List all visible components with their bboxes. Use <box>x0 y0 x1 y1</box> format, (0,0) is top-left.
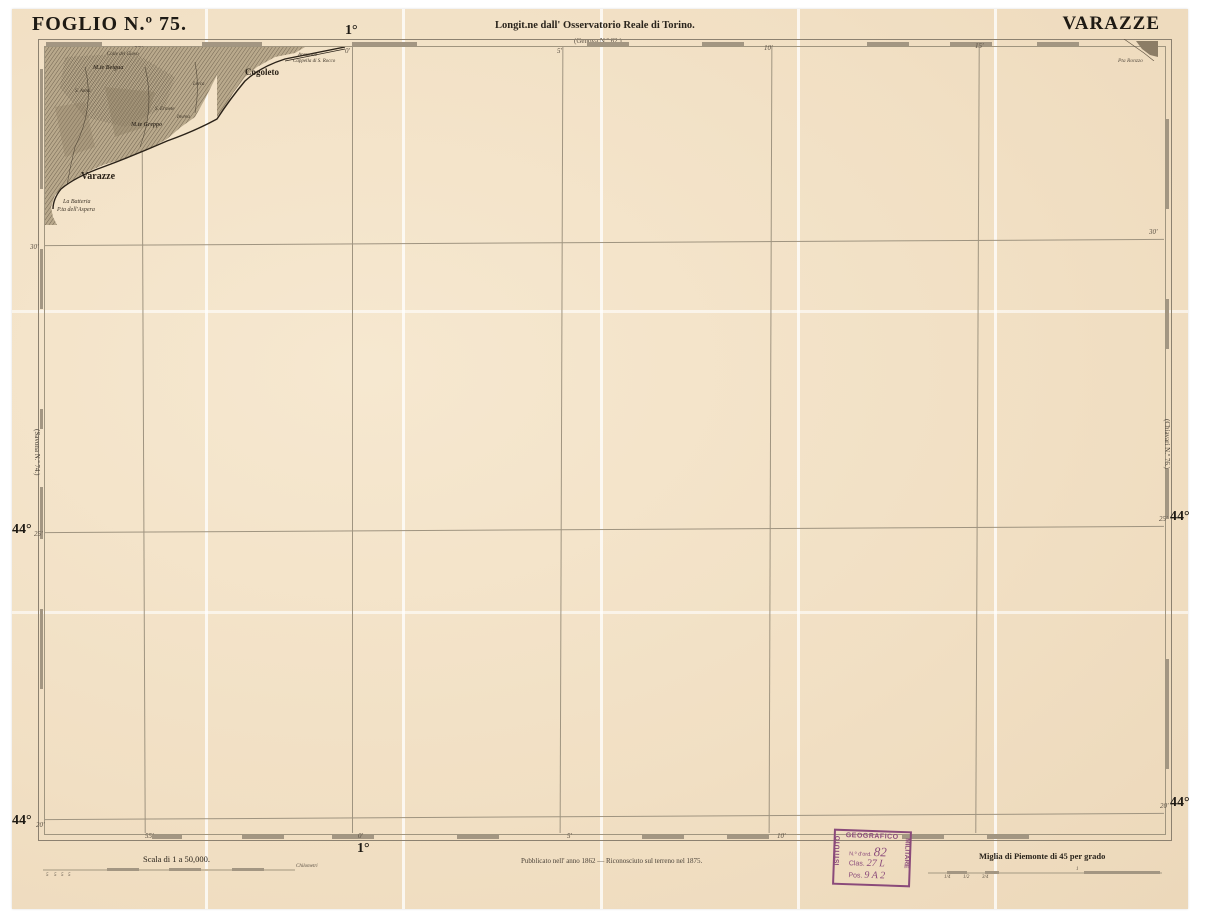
border-segment <box>642 835 684 839</box>
right-adjacent-sheet: (Chiavari N.º 76.) <box>1163 419 1171 469</box>
scale-bar-segment <box>107 868 139 871</box>
border-segment <box>202 42 262 46</box>
place-label: Cogoleto <box>245 67 279 77</box>
place-label: Varazze <box>81 171 115 182</box>
place-label: Lerca <box>193 82 204 87</box>
place-label: Arenzano <box>298 53 317 58</box>
border-segment <box>727 835 769 839</box>
top-tick: 10' <box>764 44 773 52</box>
place-label: Invrea <box>177 115 190 120</box>
minute-label: 30' <box>1149 228 1158 236</box>
stamp-right-text: MILITARE <box>903 838 911 868</box>
left-adjacent-sheet: (Savona N.º 74.) <box>33 429 41 476</box>
miles-scale-title: Miglia di Piemonte di 45 per grado <box>979 851 1105 861</box>
place-label: Cappella di S. Rocco <box>293 59 335 64</box>
bottom-tick: 5' <box>567 832 572 840</box>
bottom-degree-mark: 1° <box>357 841 370 857</box>
latitude-label: 44° <box>12 522 32 538</box>
map-sheet: FOGLIO N.º 75. Longit.ne dall' Osservato… <box>12 9 1188 909</box>
miles-tick: 1/4 <box>944 875 950 880</box>
stamp-pos-value: 9 A 2 <box>864 870 885 882</box>
bottom-tick: 0' <box>358 832 363 840</box>
border-segment <box>40 409 43 429</box>
place-label: S. Ermete <box>155 107 174 112</box>
scale-bar-segment <box>232 868 264 871</box>
stamp-class-value: 27 L <box>867 858 885 870</box>
corner-place-label: Pta Ronzzo <box>1118 58 1143 64</box>
latitude-label: 44° <box>12 813 32 829</box>
stamp-top-text: GEOGRAFICO <box>846 832 899 841</box>
border-segment <box>867 42 909 46</box>
stamp-pos-label: Pos. <box>848 872 862 879</box>
border-segment <box>1166 469 1169 519</box>
border-segment <box>40 609 43 689</box>
bottom-tick: 10' <box>777 832 786 840</box>
stamp-left-text: ISTITUTO <box>834 836 842 866</box>
scale-tick: 5 <box>54 873 57 878</box>
border-segment <box>152 835 182 839</box>
place-label: La Batteria <box>63 199 91 205</box>
border-segment <box>1037 42 1079 46</box>
miles-scale-segment <box>985 871 999 874</box>
miles-tick: 1 <box>1076 867 1079 872</box>
scale-tick: 5 <box>61 873 64 878</box>
minute-label: 30' <box>30 243 39 251</box>
minute-label: 25' <box>34 530 43 538</box>
border-segment <box>702 42 744 46</box>
border-segment <box>242 835 284 839</box>
miles-tick: 1/2 <box>963 875 969 880</box>
sheet-name: VARAZZE <box>1063 13 1160 35</box>
place-label: S. Anna <box>75 89 90 94</box>
publication-note: Pubblicato nell' anno 1862 — Riconosciut… <box>521 857 702 865</box>
minute-label: 20' <box>1160 802 1169 810</box>
miles-scale-segment <box>1084 871 1160 874</box>
relief-terrain-icon <box>45 47 365 225</box>
miles-scale-segment <box>947 871 967 874</box>
border-segment <box>457 835 499 839</box>
border-segment <box>40 249 43 309</box>
miles-tick: 3/4 <box>982 875 988 880</box>
border-segment <box>332 835 374 839</box>
border-segment <box>587 42 629 46</box>
border-segment <box>352 42 417 46</box>
latitude-label: 44° <box>1170 795 1190 811</box>
minute-label: 20' <box>36 821 45 829</box>
scale-tick: 5 <box>68 873 71 878</box>
stamp-class-label: Clas. <box>849 860 865 868</box>
place-label: M.te Beigua <box>93 65 123 71</box>
place-label: Colle del Giovo <box>107 52 139 57</box>
border-segment <box>1166 299 1169 349</box>
sheet-number: FOGLIO N.º 75. <box>32 13 187 36</box>
top-degree-mark: 1° <box>345 23 358 39</box>
minute-label: 25' <box>1159 515 1168 523</box>
border-segment <box>46 42 102 46</box>
place-label: P.ta dell'Aspera <box>57 207 95 213</box>
scale-unit: Chilometri <box>296 864 318 869</box>
scale-tick: 5 <box>46 873 51 878</box>
top-tick: 15' <box>975 42 984 50</box>
border-segment <box>1166 119 1169 209</box>
latitude-label: 44° <box>1170 509 1190 525</box>
border-segment <box>987 835 1029 839</box>
map-relief-area: Cogoleto Varazze M.te Greppo M.te Beigua… <box>45 47 365 225</box>
scale-bar-segment <box>169 868 201 871</box>
scale-title: Scala di 1 a 50,000. <box>143 854 210 864</box>
border-segment <box>1166 659 1169 769</box>
border-segment <box>950 42 992 46</box>
archive-stamp: GEOGRAFICO ISTITUTO MILITARE N.º d'ord. … <box>832 829 912 888</box>
top-tick: 5' <box>557 47 562 55</box>
place-label: M.te Greppo <box>131 122 162 128</box>
longitude-note: Longit.ne dall' Osservatorio Reale di To… <box>495 20 695 31</box>
bottom-tick: 55' <box>145 832 154 840</box>
border-segment <box>40 69 43 189</box>
